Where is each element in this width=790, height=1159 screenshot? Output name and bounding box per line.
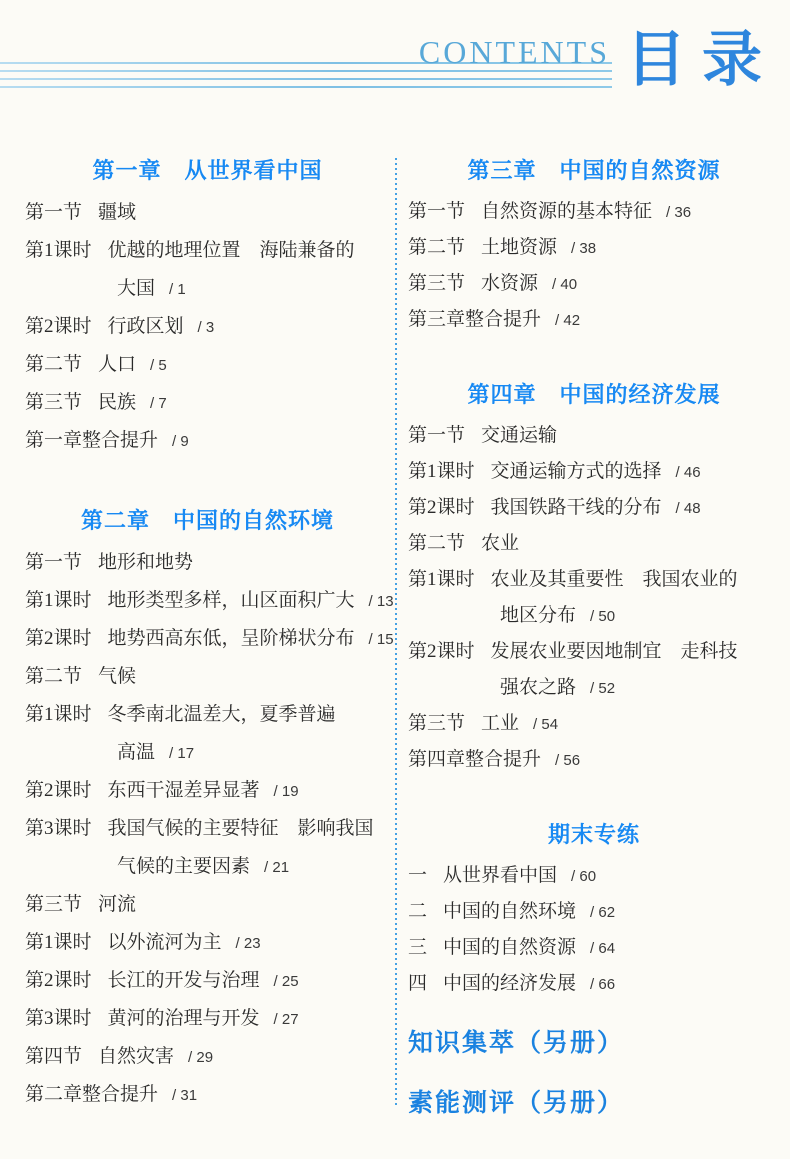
entry-page-number: / 56 (555, 752, 580, 769)
toc-entry: 第2课时长江的开发与治理/ 25 (25, 962, 390, 1000)
entry-title: 行政区划 (108, 316, 184, 337)
contents-label: CONTENTS (419, 34, 610, 71)
entry-page-number: / 5 (150, 357, 167, 374)
entry-page-number: / 36 (666, 204, 691, 221)
entry-prefix: 第1课时 (25, 240, 92, 261)
chapter-heading: 第三章 中国的自然资源 (408, 150, 780, 194)
toc-entry: 第一节自然资源的基本特征/ 36 (408, 194, 780, 230)
entry-page-number: / 31 (172, 1087, 197, 1104)
entry-prefix: 第三节 (408, 713, 465, 734)
entry-title: 第四章整合提升 (408, 749, 541, 770)
entry-title: 农业 (481, 533, 519, 554)
entry-title: 气候的主要因素 (117, 856, 250, 877)
toc-entry: 四中国的经济发展/ 66 (408, 966, 780, 1002)
column-divider (395, 158, 397, 1106)
entry-title: 水资源 (481, 273, 538, 294)
separate-volume-item: 素能测评（另册） (408, 1086, 780, 1122)
toc-entry: 大国/ 1 (25, 270, 390, 308)
entry-prefix: 第3课时 (25, 818, 92, 839)
chapter-heading: 第一章 从世界看中国 (25, 150, 390, 194)
chapter-heading: 第二章 中国的自然环境 (25, 500, 390, 544)
toc-entry: 第三章整合提升/ 42 (408, 302, 780, 338)
toc-block: 第二章 中国的自然环境第一节地形和地势第1课时地形类型多样，山区面积广大/ 13… (25, 500, 390, 1114)
entry-prefix: 二 (408, 901, 427, 922)
toc-column-right: 第三章 中国的自然资源第一节自然资源的基本特征/ 36第二节土地资源/ 38第三… (408, 150, 780, 1122)
entry-prefix: 第2课时 (408, 497, 475, 518)
entry-prefix: 第二节 (408, 533, 465, 554)
toc-entry: 第3课时黄河的治理与开发/ 27 (25, 1000, 390, 1038)
toc-entry: 第四章整合提升/ 56 (408, 742, 780, 778)
entry-page-number: / 48 (676, 500, 701, 517)
entry-prefix: 第一节 (408, 201, 465, 222)
entry-prefix: 第三节 (25, 392, 82, 413)
toc-entry: 第四节自然灾害/ 29 (25, 1038, 390, 1076)
entry-prefix: 第2课时 (25, 780, 92, 801)
entry-title: 自然灾害 (98, 1046, 174, 1067)
entry-page-number: / 42 (555, 312, 580, 329)
entry-title: 气候 (98, 666, 136, 687)
entry-page-number: / 13 (369, 593, 394, 610)
toc-entry: 第1课时优越的地理位置 海陆兼备的 (25, 232, 390, 270)
entry-title: 疆域 (98, 202, 136, 223)
toc-entry: 第一章整合提升/ 9 (25, 422, 390, 460)
entry-prefix: 一 (408, 865, 427, 886)
entry-prefix: 四 (408, 973, 427, 994)
entry-title: 中国的经济发展 (443, 973, 576, 994)
entry-title: 自然资源的基本特征 (481, 201, 652, 222)
entry-title: 农业及其重要性 我国农业的 (491, 569, 738, 590)
entry-page-number: / 17 (169, 745, 194, 762)
entry-title: 发展农业要因地制宜 走科技 (491, 641, 738, 662)
chapter-heading: 期末专练 (408, 814, 780, 858)
entry-page-number: / 38 (571, 240, 596, 257)
toc-entry: 第1课时地形类型多样，山区面积广大/ 13 (25, 582, 390, 620)
entry-title: 东西干湿差异显著 (108, 780, 260, 801)
toc-entry: 第2课时地势西高东低，呈阶梯状分布/ 15 (25, 620, 390, 658)
entry-page-number: / 1 (169, 281, 186, 298)
entry-title: 地形和地势 (98, 552, 193, 573)
entry-title: 黄河的治理与开发 (108, 1008, 260, 1029)
toc-entry: 第三节工业/ 54 (408, 706, 780, 742)
entry-title: 人口 (98, 354, 136, 375)
toc-entry: 第2课时行政区划/ 3 (25, 308, 390, 346)
entry-page-number: / 9 (172, 433, 189, 450)
toc-entry: 第二节土地资源/ 38 (408, 230, 780, 266)
entry-prefix: 第二节 (25, 354, 82, 375)
entry-title: 第一章整合提升 (25, 430, 158, 451)
entry-page-number: / 7 (150, 395, 167, 412)
entry-title: 中国的自然环境 (443, 901, 576, 922)
entry-page-number: / 50 (590, 608, 615, 625)
toc-entry: 第一节疆域 (25, 194, 390, 232)
entry-title: 优越的地理位置 海陆兼备的 (108, 240, 355, 261)
entry-title: 我国气候的主要特征 影响我国 (108, 818, 374, 839)
entry-prefix: 第1课时 (408, 569, 475, 590)
entry-title: 地势西高东低，呈阶梯状分布 (108, 628, 355, 649)
entry-title: 土地资源 (481, 237, 557, 258)
entry-page-number: / 64 (590, 940, 615, 957)
toc-entry: 第三节水资源/ 40 (408, 266, 780, 302)
entry-prefix: 第四节 (25, 1046, 82, 1067)
entry-page-number: / 54 (533, 716, 558, 733)
toc-entry: 第二节气候 (25, 658, 390, 696)
entry-prefix: 第三节 (408, 273, 465, 294)
page-title: 目录 (626, 28, 778, 92)
toc-entry: 第3课时我国气候的主要特征 影响我国 (25, 810, 390, 848)
toc-entry: 一从世界看中国/ 60 (408, 858, 780, 894)
entry-title: 冬季南北温差大，夏季普遍 (108, 704, 336, 725)
entry-title: 强农之路 (500, 677, 576, 698)
entry-title: 从世界看中国 (443, 865, 557, 886)
toc-entry: 地区分布/ 50 (408, 598, 780, 634)
entry-prefix: 第一节 (25, 552, 82, 573)
toc-entry: 二中国的自然环境/ 62 (408, 894, 780, 930)
toc-entry: 第1课时农业及其重要性 我国农业的 (408, 562, 780, 598)
entry-page-number: / 15 (369, 631, 394, 648)
toc-entry: 第二章整合提升/ 31 (25, 1076, 390, 1114)
toc-page: CONTENTS 目录 第一章 从世界看中国第一节疆域第1课时优越的地理位置 海… (0, 0, 790, 1159)
entry-title: 河流 (98, 894, 136, 915)
toc-entry: 第2课时发展农业要因地制宜 走科技 (408, 634, 780, 670)
entry-page-number: / 29 (188, 1049, 213, 1066)
entry-title: 我国铁路干线的分布 (491, 497, 662, 518)
toc-entry: 第1课时以外流河为主/ 23 (25, 924, 390, 962)
entry-page-number: / 25 (274, 973, 299, 990)
entry-page-number: / 23 (236, 935, 261, 952)
entry-prefix: 第1课时 (25, 704, 92, 725)
toc-entry: 第三节民族/ 7 (25, 384, 390, 422)
entry-title: 第三章整合提升 (408, 309, 541, 330)
toc-block: 第一章 从世界看中国第一节疆域第1课时优越的地理位置 海陆兼备的大国/ 1第2课… (25, 150, 390, 460)
toc-block: 期末专练一从世界看中国/ 60二中国的自然环境/ 62三中国的自然资源/ 64四… (408, 814, 780, 1002)
entry-title: 工业 (481, 713, 519, 734)
toc-entry: 强农之路/ 52 (408, 670, 780, 706)
entry-title: 交通运输方式的选择 (491, 461, 662, 482)
entry-title: 大国 (117, 278, 155, 299)
toc-entry: 第1课时冬季南北温差大，夏季普遍 (25, 696, 390, 734)
entry-page-number: / 46 (676, 464, 701, 481)
toc-entry: 三中国的自然资源/ 64 (408, 930, 780, 966)
entry-title: 第二章整合提升 (25, 1084, 158, 1105)
toc-entry: 第三节河流 (25, 886, 390, 924)
entry-title: 以外流河为主 (108, 932, 222, 953)
entry-page-number: / 3 (198, 319, 215, 336)
entry-prefix: 三 (408, 937, 427, 958)
toc-entry: 第2课时东西干湿差异显著/ 19 (25, 772, 390, 810)
entry-title: 长江的开发与治理 (108, 970, 260, 991)
entry-prefix: 第一节 (408, 425, 465, 446)
toc-column-left: 第一章 从世界看中国第一节疆域第1课时优越的地理位置 海陆兼备的大国/ 1第2课… (25, 150, 390, 1114)
toc-entry: 第一节交通运输 (408, 418, 780, 454)
entry-prefix: 第2课时 (408, 641, 475, 662)
chapter-heading: 第四章 中国的经济发展 (408, 374, 780, 418)
entry-page-number: / 66 (590, 976, 615, 993)
entry-prefix: 第2课时 (25, 628, 92, 649)
toc-block: 第三章 中国的自然资源第一节自然资源的基本特征/ 36第二节土地资源/ 38第三… (408, 150, 780, 338)
entry-prefix: 第1课时 (408, 461, 475, 482)
entry-page-number: / 27 (274, 1011, 299, 1028)
entry-title: 地形类型多样，山区面积广大 (108, 590, 355, 611)
entry-page-number: / 60 (571, 868, 596, 885)
entry-prefix: 第1课时 (25, 590, 92, 611)
entry-page-number: / 62 (590, 904, 615, 921)
toc-entry: 第一节地形和地势 (25, 544, 390, 582)
entry-prefix: 第二节 (25, 666, 82, 687)
entry-title: 地区分布 (500, 605, 576, 626)
entry-prefix: 第2课时 (25, 316, 92, 337)
entry-page-number: / 52 (590, 680, 615, 697)
toc-entry: 第二节农业 (408, 526, 780, 562)
toc-entry: 第2课时我国铁路干线的分布/ 48 (408, 490, 780, 526)
entry-prefix: 第3课时 (25, 1008, 92, 1029)
toc-block: 第四章 中国的经济发展第一节交通运输第1课时交通运输方式的选择/ 46第2课时我… (408, 374, 780, 778)
header-rule-line (0, 78, 612, 80)
entry-page-number: / 21 (264, 859, 289, 876)
entry-title: 交通运输 (481, 425, 557, 446)
entry-page-number: / 19 (274, 783, 299, 800)
entry-prefix: 第2课时 (25, 970, 92, 991)
toc-entry: 第二节人口/ 5 (25, 346, 390, 384)
entry-title: 中国的自然资源 (443, 937, 576, 958)
toc-entry: 高温/ 17 (25, 734, 390, 772)
header-rule-line (0, 86, 612, 88)
toc-entry: 气候的主要因素/ 21 (25, 848, 390, 886)
entry-page-number: / 40 (552, 276, 577, 293)
entry-prefix: 第1课时 (25, 932, 92, 953)
separate-volume-item: 知识集萃（另册） (408, 1026, 780, 1062)
entry-prefix: 第一节 (25, 202, 82, 223)
entry-title: 民族 (98, 392, 136, 413)
toc-entry: 第1课时交通运输方式的选择/ 46 (408, 454, 780, 490)
entry-title: 高温 (117, 742, 155, 763)
entry-prefix: 第三节 (25, 894, 82, 915)
entry-prefix: 第二节 (408, 237, 465, 258)
